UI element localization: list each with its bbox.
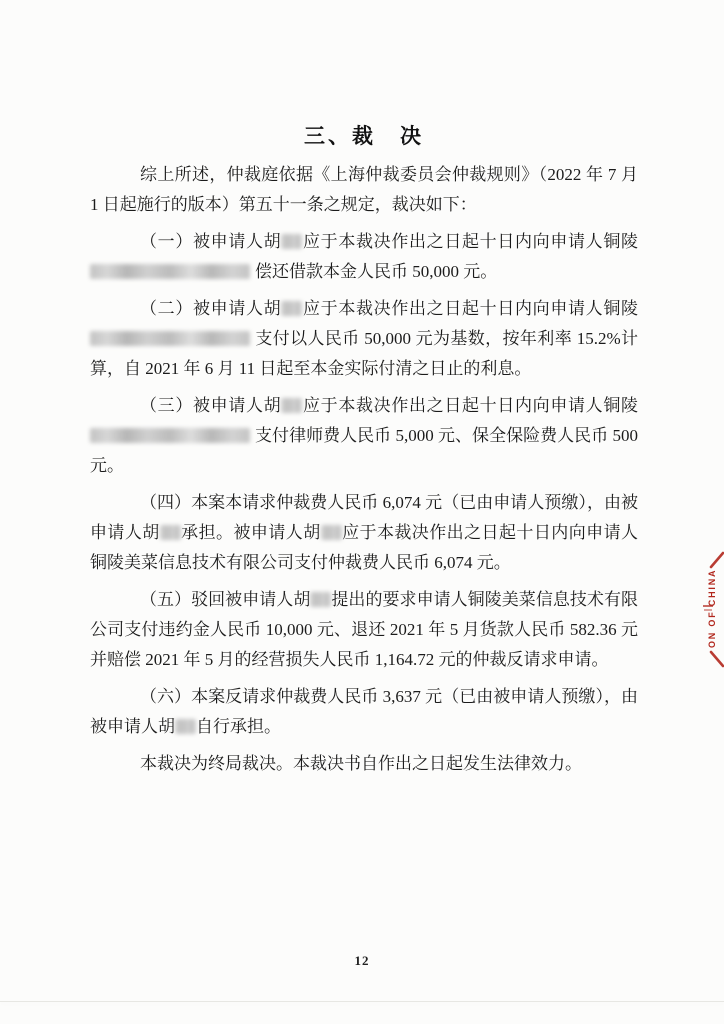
item-5-text-1: （五）驳回被申请人胡: [140, 590, 310, 609]
redaction-block: [281, 398, 302, 413]
ruling-item-5: （五）驳回被申请人胡提出的要求申请人铜陵美菜信息技术有限公司支付违约金人民币 1…: [90, 585, 638, 675]
intro-text: 综上所述，仲裁庭依据《上海仲裁委员会仲裁规则》（2022 年 7 月 1 日起施…: [90, 165, 638, 214]
closing-text: 本裁决为终局裁决。本裁决书自作出之日起发生法律效力。: [140, 754, 582, 773]
redaction-block: [175, 719, 196, 734]
item-2-text-1: （二）被申请人胡: [140, 299, 281, 318]
seal-arc-top: [711, 553, 723, 567]
ruling-item-1: （一）被申请人胡应于本裁决作出之日起十日内向申请人铜陵偿还借款本金人民币 50,…: [90, 227, 638, 287]
seal-text: ON OF CHINA: [707, 570, 717, 648]
redaction-block: [321, 525, 342, 540]
item-6-text-2: 自行承担。: [196, 717, 281, 736]
closing-paragraph: 本裁决为终局裁决。本裁决书自作出之日起发生法律效力。: [90, 749, 638, 779]
document-page: 三、裁 决 综上所述，仲裁庭依据《上海仲裁委员会仲裁规则》（2022 年 7 月…: [0, 0, 724, 1024]
item-1-text-3: 偿还借款本金人民币 50,000 元。: [255, 262, 497, 281]
seal-arc-graphic: ON OF CHINA: [696, 551, 724, 669]
document-content: 三、裁 决 综上所述，仲裁庭依据《上海仲裁委员会仲裁规则》（2022 年 7 月…: [90, 122, 638, 786]
redaction-block: [90, 331, 250, 346]
redaction-block: [281, 301, 302, 316]
item-3-text-1: （三）被申请人胡: [140, 396, 281, 415]
redaction-block: [90, 264, 250, 279]
redaction-block: [90, 428, 250, 443]
intro-paragraph: 综上所述，仲裁庭依据《上海仲裁委员会仲裁规则》（2022 年 7 月 1 日起施…: [90, 160, 638, 220]
item-2-text-2: 应于本裁决作出之日起十日内向申请人铜陵: [302, 299, 638, 318]
redaction-block: [160, 525, 181, 540]
ruling-item-3: （三）被申请人胡应于本裁决作出之日起十日内向申请人铜陵支付律师费人民币 5,00…: [90, 391, 638, 481]
seal-arc-bottom: [711, 652, 723, 666]
ruling-item-6: （六）本案反请求仲裁费人民币 3,637 元（已由被申请人预缴），由被申请人胡自…: [90, 682, 638, 742]
item-6-text-1: （六）本案反请求仲裁费人民币 3,637 元（已由被申请人预缴），由被申请人胡: [90, 687, 638, 736]
section-title: 三、裁 决: [90, 122, 638, 152]
redaction-block: [281, 234, 302, 249]
scan-edge-shadow: [0, 1001, 724, 1002]
item-1-text-1: （一）被申请人胡: [140, 232, 281, 251]
official-seal-fragment: ON OF CHINA: [696, 551, 724, 669]
redaction-block: [310, 592, 331, 607]
ruling-item-2: （二）被申请人胡应于本裁决作出之日起十日内向申请人铜陵支付以人民币 50,000…: [90, 294, 638, 384]
item-1-text-2: 应于本裁决作出之日起十日内向申请人铜陵: [302, 232, 638, 251]
ruling-item-4: （四）本案本请求仲裁费人民币 6,074 元（已由申请人预缴），由被申请人胡承担…: [90, 488, 638, 578]
page-number: 12: [0, 953, 724, 969]
item-4-text-2: 承担。被申请人胡: [181, 523, 321, 542]
item-3-text-2: 应于本裁决作出之日起十日内向申请人铜陵: [302, 396, 638, 415]
